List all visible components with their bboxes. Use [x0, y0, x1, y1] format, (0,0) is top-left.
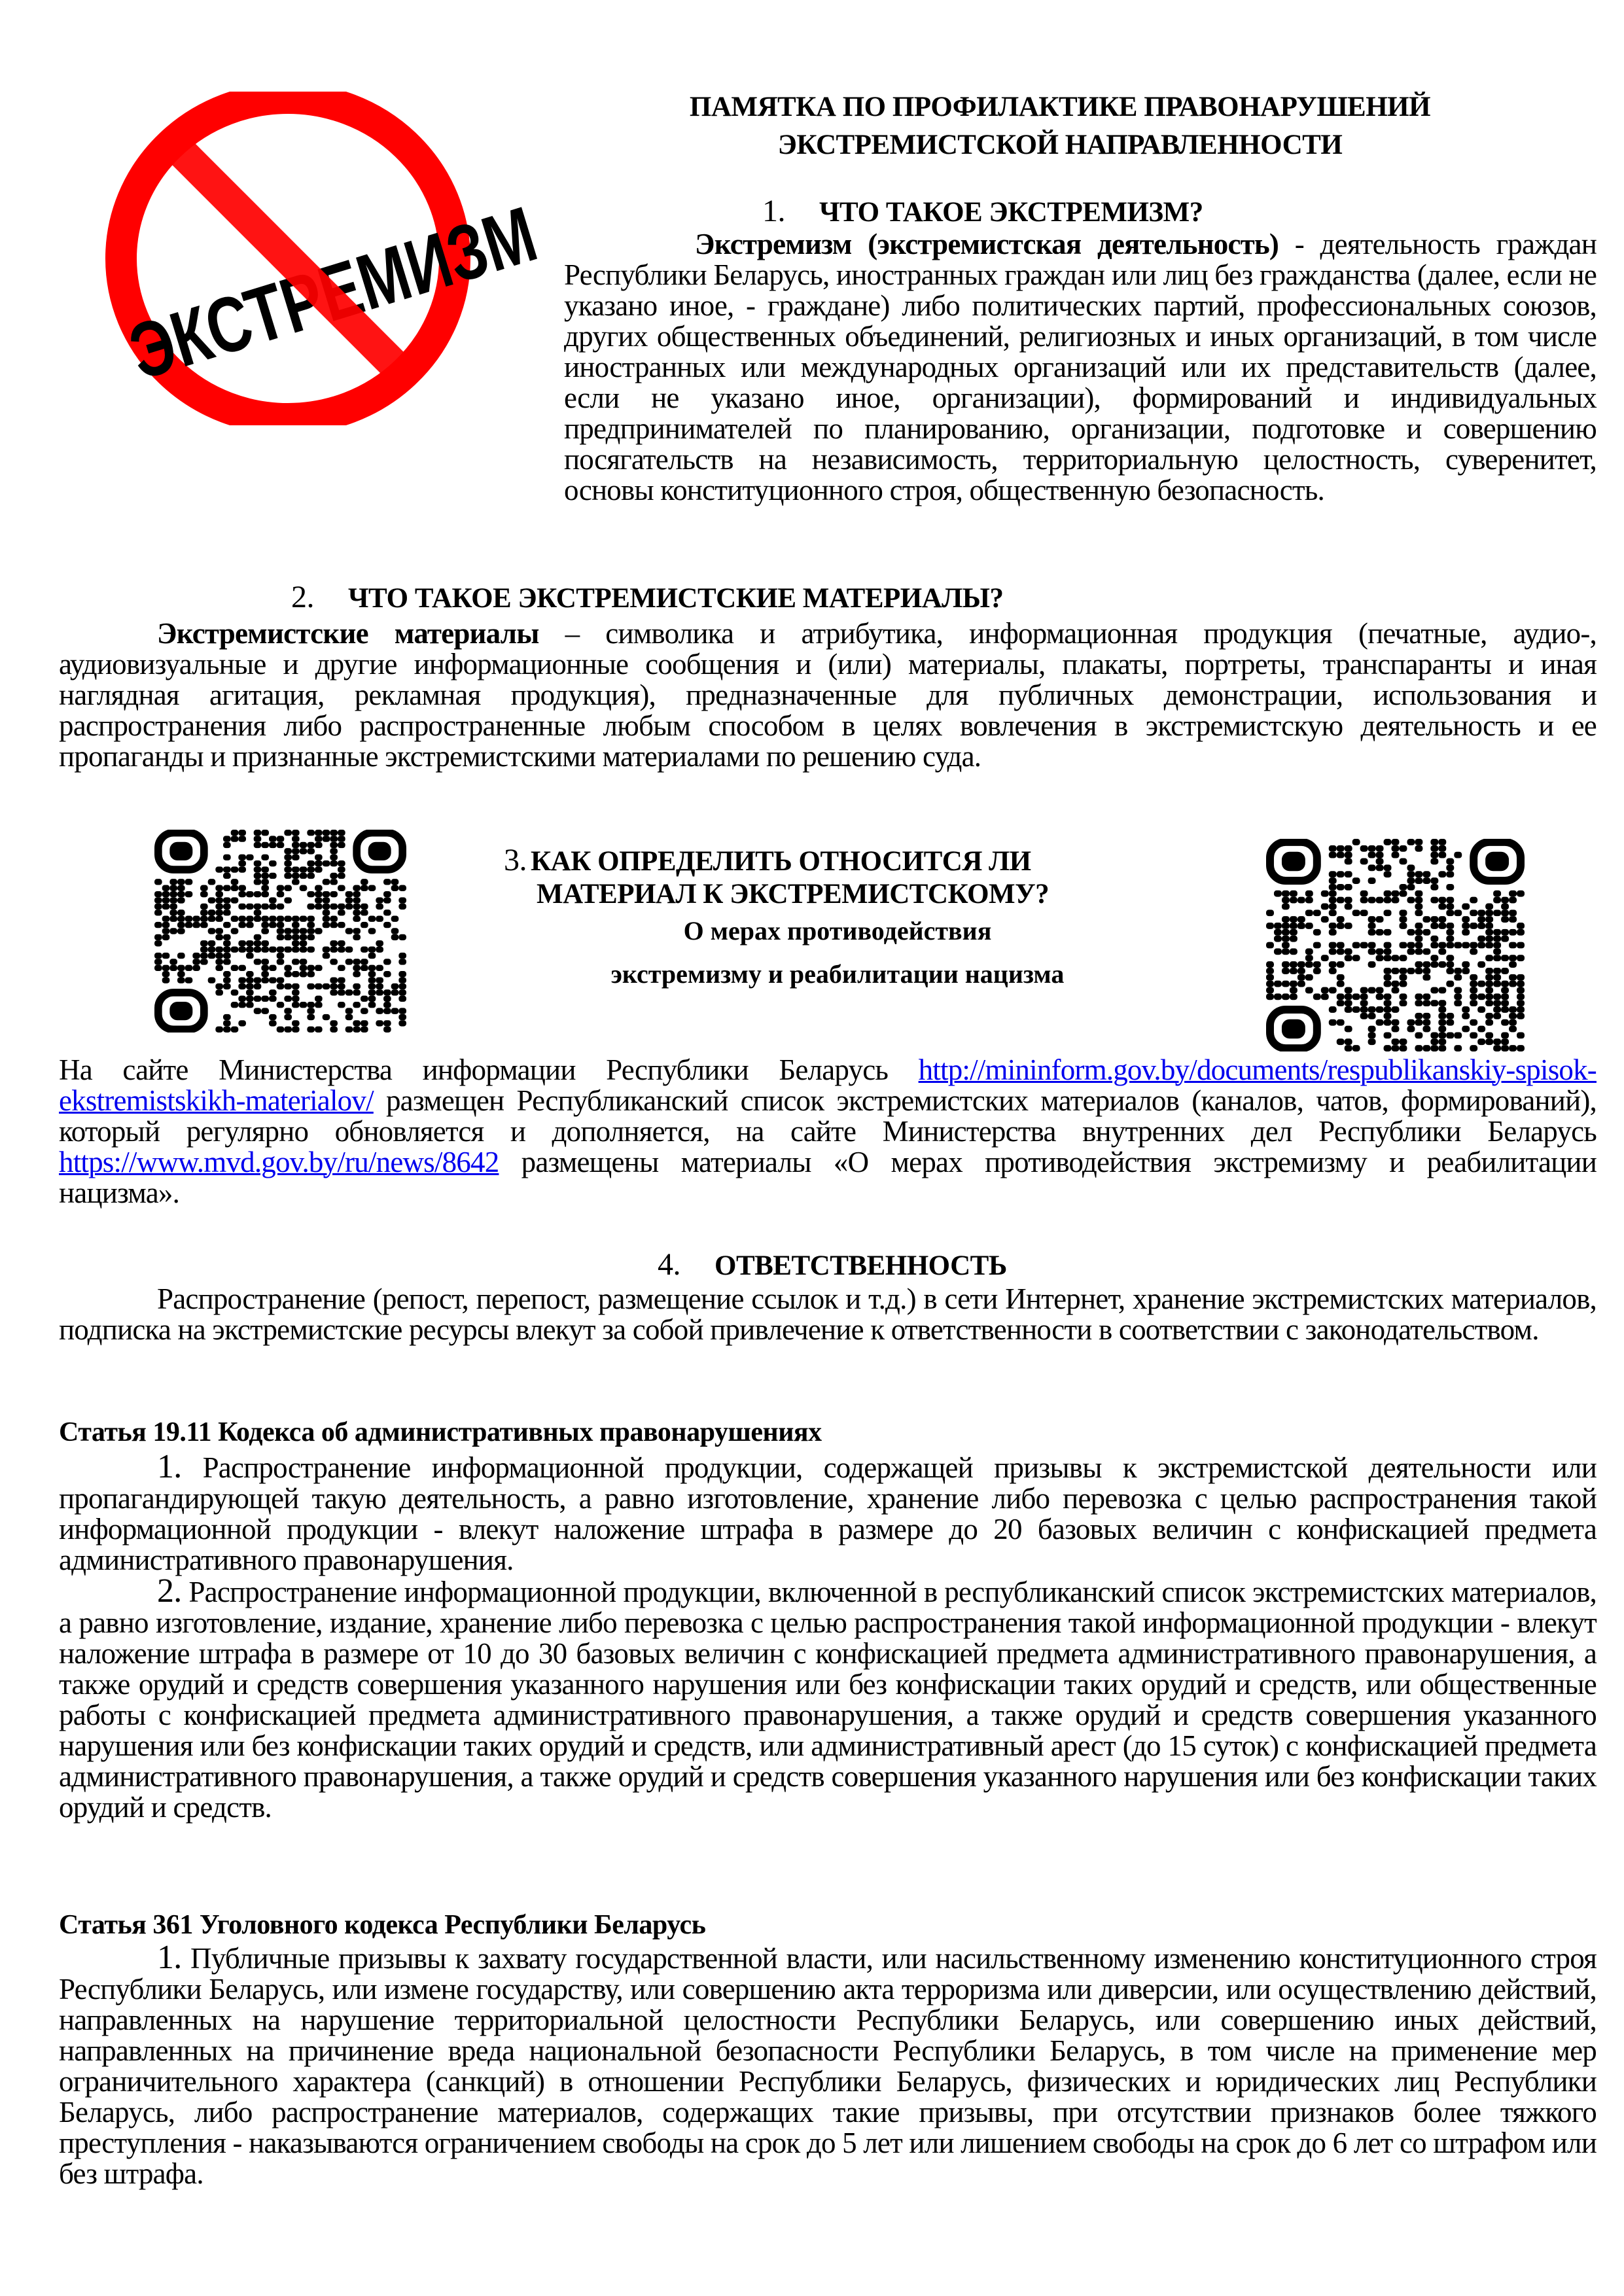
item-number: 2. [157, 1572, 181, 1610]
subtitle-line-2: экстремизму и реабилитации нацизма [504, 953, 1171, 996]
section-number: 4. [658, 1247, 680, 1282]
prohibition-sign-icon: ЭКСТРЕМИЗМ [72, 92, 553, 425]
term: Экстремистские материалы [157, 617, 539, 650]
section-heading-text: ОТВЕТСТВЕННОСТЬ [715, 1250, 1007, 1281]
list-item: 1. Распространение информационной продук… [59, 1451, 1597, 1576]
section-3-heading: 3.КАК ОПРЕДЕЛИТЬ ОТНОСИТСЯ ЛИ МАТЕРИАЛ К… [504, 844, 1171, 911]
section-1-heading: 1.ЧТО ТАКОЕ ЭКСТРЕМИЗМ? [762, 193, 1203, 229]
section-4-body: Распространение (репост, перепост, разме… [59, 1284, 1597, 1345]
title-line-2: ЭКСТРЕМИСТСКОЙ НАПРАВЛЕННОСТИ [563, 126, 1557, 164]
article-19-11-title: Статья 19.11 Кодекса об административных… [59, 1417, 822, 1448]
qr-code-icon [1266, 839, 1525, 1051]
paragraph-text: На сайте Министерства информации Республ… [59, 1053, 919, 1086]
section-heading-text: ЧТО ТАКОЕ ЭКСТРЕМИЗМ? [819, 197, 1203, 228]
section-number: 2. [291, 580, 314, 614]
extremism-prohibition-logo: ЭКСТРЕМИЗМ [72, 92, 553, 425]
section-3-paragraph: На сайте Министерства информации Республ… [59, 1055, 1597, 1209]
page-title: ПАМЯТКА ПО ПРОФИЛАКТИКЕ ПРАВОНАРУШЕНИЙ Э… [563, 88, 1557, 164]
section-3-subtitle: О мерах противодействия экстремизму и ре… [504, 910, 1171, 996]
article-19-11-items: 1. Распространение информационной продук… [59, 1451, 1597, 1823]
subtitle-line-1: О мерах противодействия [504, 910, 1171, 953]
item-text: Распространение информационной продукции… [59, 1451, 1597, 1576]
item-number: 1. [157, 1448, 181, 1485]
term: Экстремизм (экстремистская деятельность) [695, 228, 1279, 260]
article-361-items: 1. Публичные призывы к захвату государст… [59, 1942, 1597, 2189]
heading-line-1: КАК ОПРЕДЕЛИТЬ ОТНОСИТСЯ ЛИ [531, 846, 1031, 877]
list-item: 2. Распространение информационной продук… [59, 1576, 1597, 1823]
section-1-body: Экстремизм (экстремистская деятельность)… [564, 229, 1597, 506]
item-text: Публичные призывы к захвату государствен… [59, 1942, 1597, 2190]
article-361-title: Статья 361 Уголовного кодекса Республики… [59, 1909, 705, 1941]
list-item: 1. Публичные призывы к захвату государст… [59, 1942, 1597, 2189]
title-line-1: ПАМЯТКА ПО ПРОФИЛАКТИКЕ ПРАВОНАРУШЕНИЙ [563, 88, 1557, 126]
section-heading-text: ЧТО ТАКОЕ ЭКСТРЕМИСТСКИЕ МАТЕРИАЛЫ? [348, 583, 1004, 614]
section-number: 1. [762, 194, 785, 228]
section-number: 3. [504, 843, 527, 877]
section-4-heading: 4.ОТВЕТСТВЕННОСТЬ [658, 1246, 1007, 1282]
heading-line-2: МАТЕРИАЛ К ЭКСТРЕМИСТСКОМУ? [504, 878, 1171, 911]
item-text: Распространение информационной продукции… [59, 1576, 1597, 1824]
qr-code-icon [154, 830, 406, 1033]
responsibility-text: Распространение (репост, перепост, разме… [59, 1282, 1597, 1346]
item-number: 1. [157, 1939, 181, 1976]
section-2-heading: 2.ЧТО ТАКОЕ ЭКСТРЕМИСТСКИЕ МАТЕРИАЛЫ? [291, 579, 1004, 615]
definition: - деятельность граждан Республики Белару… [564, 228, 1597, 506]
mvd-link[interactable]: https://www.mvd.gov.by/ru/news/8642 [59, 1146, 499, 1178]
section-2-body: Экстремистские материалы – символика и а… [59, 618, 1597, 772]
